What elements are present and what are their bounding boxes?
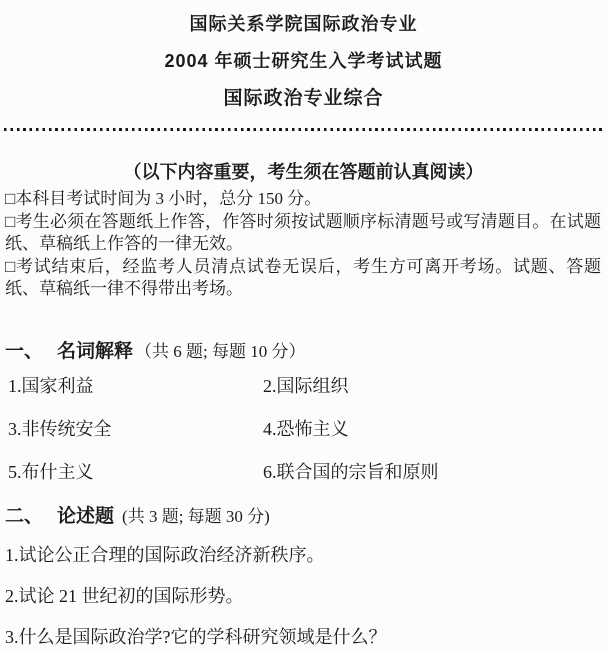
term-item-2: 2.国际组织 <box>263 377 607 396</box>
section-number: 一、 <box>5 341 43 362</box>
section-number: 二、 <box>5 506 43 527</box>
section-essay-questions-heading: 二、论述题 (共 3 题; 每题 30 分) <box>5 502 607 528</box>
dotted-divider <box>4 128 603 131</box>
terms-grid: 1.国家利益 2.国际组织 3.非传统安全 4.恐怖主义 5.布什主义 6.联合… <box>0 377 607 482</box>
section-title: 论述题 <box>57 506 114 527</box>
term-item-3: 3.非传统安全 <box>8 420 263 439</box>
exam-year-title: 2004 年硕士研究生入学考试试题 <box>0 43 607 80</box>
section-title: 名词解释 <box>57 341 133 362</box>
section-term-explanation-heading: 一、名词解释（共 6 题; 每题 10 分） <box>5 337 607 363</box>
notice-item-exam-end-rule: □考试结束后，经监考人员清点试卷无误后，考生方可离开考场。试题、答题纸、草稿纸一… <box>0 256 607 301</box>
exam-header: 国际关系学院国际政治专业 2004 年硕士研究生入学考试试题 国际政治专业综合 <box>0 0 607 117</box>
school-major-title: 国际关系学院国际政治专业 <box>0 6 607 43</box>
term-item-6: 6.联合国的宗旨和原则 <box>263 463 607 482</box>
term-item-4: 4.恐怖主义 <box>263 420 607 439</box>
notice-item-answer-sheet-rule: □考生必须在答题纸上作答，作答时须按试题顺序标清题号或写清题目。在试题纸、草稿纸… <box>0 211 607 256</box>
section-meta: (共 3 题; 每题 30 分) <box>122 507 270 526</box>
section-essay-questions: 二、论述题 (共 3 题; 每题 30 分) 1.试论公正合理的国际政治经济新秩… <box>0 502 607 647</box>
essay-question-1: 1.试论公正合理的国际政治经济新秩序。 <box>5 545 607 565</box>
notice-section: （以下内容重要，考生须在答题前认真阅读） □本科目考试时间为 3 小时，总分 1… <box>0 161 607 301</box>
notice-item-exam-duration: □本科目考试时间为 3 小时，总分 150 分。 <box>0 188 607 211</box>
subject-title: 国际政治专业综合 <box>0 80 607 117</box>
term-item-1: 1.国家利益 <box>8 377 263 396</box>
notice-title: （以下内容重要，考生须在答题前认真阅读） <box>0 161 607 183</box>
section-term-explanation: 一、名词解释（共 6 题; 每题 10 分） 1.国家利益 2.国际组织 3.非… <box>0 337 607 482</box>
essay-question-3: 3.什么是国际政治学?它的学科研究领域是什么？ <box>5 627 607 647</box>
exam-paper-page: 国际关系学院国际政治专业 2004 年硕士研究生入学考试试题 国际政治专业综合 … <box>0 0 607 653</box>
essay-question-2: 2.试论 21 世纪初的国际形势。 <box>5 586 607 606</box>
term-item-5: 5.布什主义 <box>8 463 263 482</box>
section-meta: （共 6 题; 每题 10 分） <box>135 342 305 361</box>
